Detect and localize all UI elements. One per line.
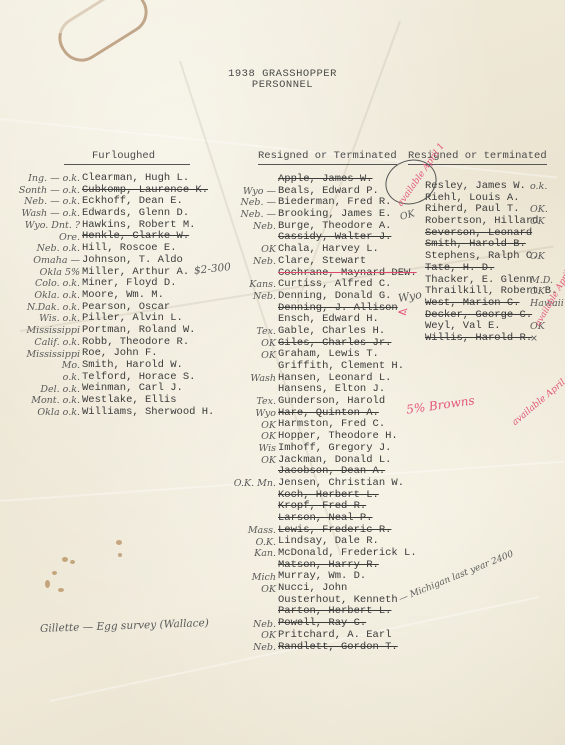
person-name: Ousterhout, Kenneth	[278, 594, 398, 606]
person-name: Cubkomp, Laurence K.	[82, 184, 208, 196]
handwritten-note: Neb. —	[240, 197, 276, 208]
handwritten-note: Tex.	[256, 326, 276, 337]
person-name: Decker, George C.	[425, 309, 532, 321]
handwritten-note: Del. o.k.	[40, 384, 80, 395]
person-name: Miner, Floyd D.	[82, 277, 177, 289]
rust-stain	[118, 553, 122, 557]
person-name: Parton, Herbert L.	[278, 605, 391, 617]
handwritten-note: OK	[261, 244, 276, 255]
person-name: Robb, Theodore R.	[82, 336, 189, 348]
person-name: Pearson, Oscar	[82, 301, 170, 313]
rust-stain	[45, 580, 50, 588]
person-name: Hopper, Theodore H.	[278, 430, 398, 442]
person-name: Cassidy, Walter J.	[278, 231, 391, 243]
person-name: Gable, Charles H.	[278, 325, 385, 337]
person-name: Murray, Wm. D.	[278, 570, 366, 582]
person-name: Telford, Horace S.	[82, 371, 195, 383]
person-name: Powell, Ray C.	[278, 617, 366, 629]
person-name: Riherd, Paul T.	[425, 203, 520, 215]
person-name: Jackman, Donald L.	[278, 454, 391, 466]
handwritten-note: O.K. Mn.	[234, 478, 276, 489]
person-name: McDonald, Frederick L.	[278, 547, 417, 559]
person-name: Graham, Lewis T.	[278, 348, 379, 360]
person-name: Brooking, James E.	[278, 208, 391, 220]
handwritten-note: Wyo	[255, 408, 276, 419]
person-name: Edwards, Glenn D.	[82, 207, 189, 219]
person-name: Denning, J. Allison	[278, 302, 398, 314]
handwritten-note: Neb. o.k.	[37, 243, 80, 254]
resigned-list: Apple, James W.Beals, Edward P.Biederman…	[278, 174, 417, 653]
person-name: Chala, Harvey L.	[278, 243, 379, 255]
handwritten-note: Mich	[252, 572, 276, 583]
person-name: Robertson, Hillard	[425, 215, 538, 227]
annotation-available-april-lower: available April 1	[511, 372, 565, 428]
handwritten-note: Kans.	[249, 279, 276, 290]
person-name: Nucci, John	[278, 582, 347, 594]
rust-stain	[52, 571, 57, 575]
paper-crease	[0, 118, 557, 179]
handwritten-note: OK	[261, 455, 276, 466]
person-name: Kropf, Fred R.	[278, 500, 366, 512]
handwritten-note: Tex.	[256, 396, 276, 407]
handwritten-note: N.Dak. o.k.	[27, 302, 80, 313]
person-name: Smith, Harold B.	[425, 238, 526, 250]
handwritten-note: Sonth — o.k.	[19, 185, 80, 196]
rust-stain	[116, 540, 122, 545]
person-name: Eckhoff, Dean E.	[82, 195, 183, 207]
person-name: Harmston, Fred C.	[278, 418, 385, 430]
person-name: Burge, Theodore A.	[278, 220, 391, 232]
person-name: Stephens, Ralph C.	[425, 250, 538, 262]
handwritten-note: M.D.	[530, 275, 553, 286]
person-name: Johnson, T. Aldo	[82, 254, 183, 266]
handwritten-note: Mississippi	[26, 325, 80, 336]
handwritten-note: Mass.	[248, 525, 276, 536]
person-name: Severson, Leonard	[425, 227, 532, 239]
handwritten-note: o.k.	[63, 372, 80, 383]
handwritten-note: OK	[261, 630, 276, 641]
person-name: Hansen, Leonard L.	[278, 372, 391, 384]
person-name: West, Marion C.	[425, 297, 520, 309]
handwritten-note: Kan.	[254, 548, 276, 559]
handwritten-note: Okla 5%	[40, 267, 80, 278]
handwritten-note: Mont. o.k.	[31, 395, 80, 406]
person-name: Curtiss, Alfred C.	[278, 278, 391, 290]
person-name: Resley, James W.	[425, 180, 526, 192]
person-name: Hawkins, Robert M.	[82, 219, 195, 231]
handwritten-note: OK	[261, 584, 276, 595]
person-name: Apple, James W.	[278, 173, 373, 185]
handwritten-note: OK	[530, 251, 545, 262]
person-name: Lewis, Frederic R.	[278, 524, 391, 536]
person-name: Larson, Neal P.	[278, 512, 373, 524]
handwritten-note: Ore.	[59, 232, 80, 243]
handwritten-note: OK	[261, 431, 276, 442]
person-name: Cochrane, Maynard DEW.	[278, 267, 417, 279]
person-name: Henkle, Clarke W.	[82, 230, 189, 242]
person-name: Roe, John F.	[82, 347, 158, 359]
person-name: Gunderson, Harold	[278, 395, 385, 407]
handwritten-note: Wyo. Dnt. ?	[25, 220, 80, 231]
handwritten-note: Omaha —	[33, 255, 80, 266]
person-name: Pritchard, A. Earl	[278, 629, 391, 641]
person-name: Hansens, Elton J.	[278, 383, 385, 395]
person-name: Matson, Harry R.	[278, 559, 379, 571]
document-subtitle: PERSONNEL	[0, 79, 565, 91]
person-name: Williams, Sherwood H.	[82, 406, 214, 418]
person-name: Koch, Herbert L.	[278, 489, 379, 501]
handwritten-note: ×	[530, 333, 538, 344]
handwritten-note: Neb. —	[240, 209, 276, 220]
person-name: Riehl, Louis A.	[425, 192, 520, 204]
column-heading-resigned: Resigned or Terminated	[258, 150, 397, 165]
person-name: Moore, Wm. M.	[82, 289, 164, 301]
person-name: Smith, Harold W.	[82, 359, 183, 371]
person-name: Westlake, Ellis	[82, 394, 177, 406]
person-name: Giles, Charles Jr.	[278, 337, 391, 349]
handwritten-note: Wash — o.k.	[22, 208, 80, 219]
handwritten-note: Calif. o.k.	[34, 337, 80, 348]
list-item: Randlett, Gordon T.	[278, 642, 417, 654]
person-name: Thacker, E. Glenn	[425, 274, 532, 286]
handwritten-note: OK	[261, 338, 276, 349]
rust-stain	[70, 560, 75, 564]
handwritten-note: OK	[530, 286, 545, 297]
person-name: Clearman, Hugh L.	[82, 172, 189, 184]
person-name: Jacobson, Dean A.	[278, 465, 385, 477]
person-name: Lindsay, Dale R.	[278, 535, 379, 547]
person-name: Denning, Donald G.	[278, 290, 391, 302]
annotation-red-mark: ⋖	[396, 305, 407, 320]
handwritten-note: OK.	[530, 204, 548, 215]
person-name: Tate, H. D.	[425, 262, 494, 274]
person-name: Willis, Harold R.	[425, 332, 532, 344]
handwritten-note: OK	[261, 420, 276, 431]
handwritten-note: o.k.	[530, 181, 547, 192]
furloughed-list: Clearman, Hugh L.Cubkomp, Laurence K.Eck…	[82, 173, 214, 418]
annotation-wyo: Wyo	[397, 288, 423, 305]
handwritten-note: Neb. — o.k.	[24, 196, 80, 207]
handwritten-note: O.K.	[256, 537, 276, 548]
handwritten-note: OK	[261, 350, 276, 361]
rust-stain	[62, 557, 68, 562]
handwritten-note: Ing. — o.k.	[28, 173, 80, 184]
annotation-miller-salary: $2-300	[193, 261, 231, 277]
list-item: Williams, Sherwood H.	[82, 407, 214, 419]
handwritten-note: Neb.	[253, 642, 276, 653]
handwritten-note: Okla o.k.	[37, 407, 80, 418]
person-name: Clare, Stewart	[278, 255, 366, 267]
person-name: Portman, Roland W.	[82, 324, 195, 336]
handwritten-note: Neb.	[253, 256, 276, 267]
person-name: Biederman, Fred R.	[278, 196, 391, 208]
handwritten-note: Neb.	[253, 291, 276, 302]
person-name: Weinman, Carl J.	[82, 382, 183, 394]
person-name: Hill, Roscoe E.	[82, 242, 177, 254]
handwritten-note: Wis. o.k.	[39, 313, 80, 324]
person-name: Hare, Quinton A.	[278, 407, 379, 419]
person-name: Griffith, Clement H.	[278, 360, 404, 372]
handwritten-note: Okla. o.k.	[34, 290, 80, 301]
person-name: Randlett, Gordon T.	[278, 641, 398, 653]
person-name: Jensen, Christian W.	[278, 477, 404, 489]
person-name: Piller, Alvin L.	[82, 312, 183, 324]
handwritten-note: Neb.	[253, 221, 276, 232]
handwritten-note: Wash	[250, 373, 276, 384]
person-name: Miller, Arthur A.	[82, 266, 189, 278]
handwritten-note: Colo. o.k.	[35, 278, 80, 289]
person-name: Beals, Edward P.	[278, 185, 379, 197]
handwritten-note: Wis	[258, 443, 276, 454]
person-name: Imhoff, Gregory J.	[278, 442, 391, 454]
handwritten-note: Mo.	[62, 360, 80, 371]
column-heading-furloughed: Furloughed	[92, 150, 190, 165]
handwritten-note: OK	[530, 216, 545, 227]
annotation-bottom-left: Gillette — Egg survey (Wallace)	[40, 617, 209, 635]
rust-stain	[58, 588, 64, 592]
handwritten-note: Wyo —	[243, 186, 276, 197]
scanned-document-page: 1938 GRASSHOPPER PERSONNEL Furloughed Re…	[0, 0, 565, 745]
person-name: Weyl, Val E.	[425, 320, 501, 332]
handwritten-note: Mississippi	[26, 349, 80, 360]
paperclip-rust-mark	[50, 0, 156, 70]
handwritten-note: Neb.	[253, 619, 276, 630]
person-name: Ensch, Edward H.	[278, 313, 379, 325]
